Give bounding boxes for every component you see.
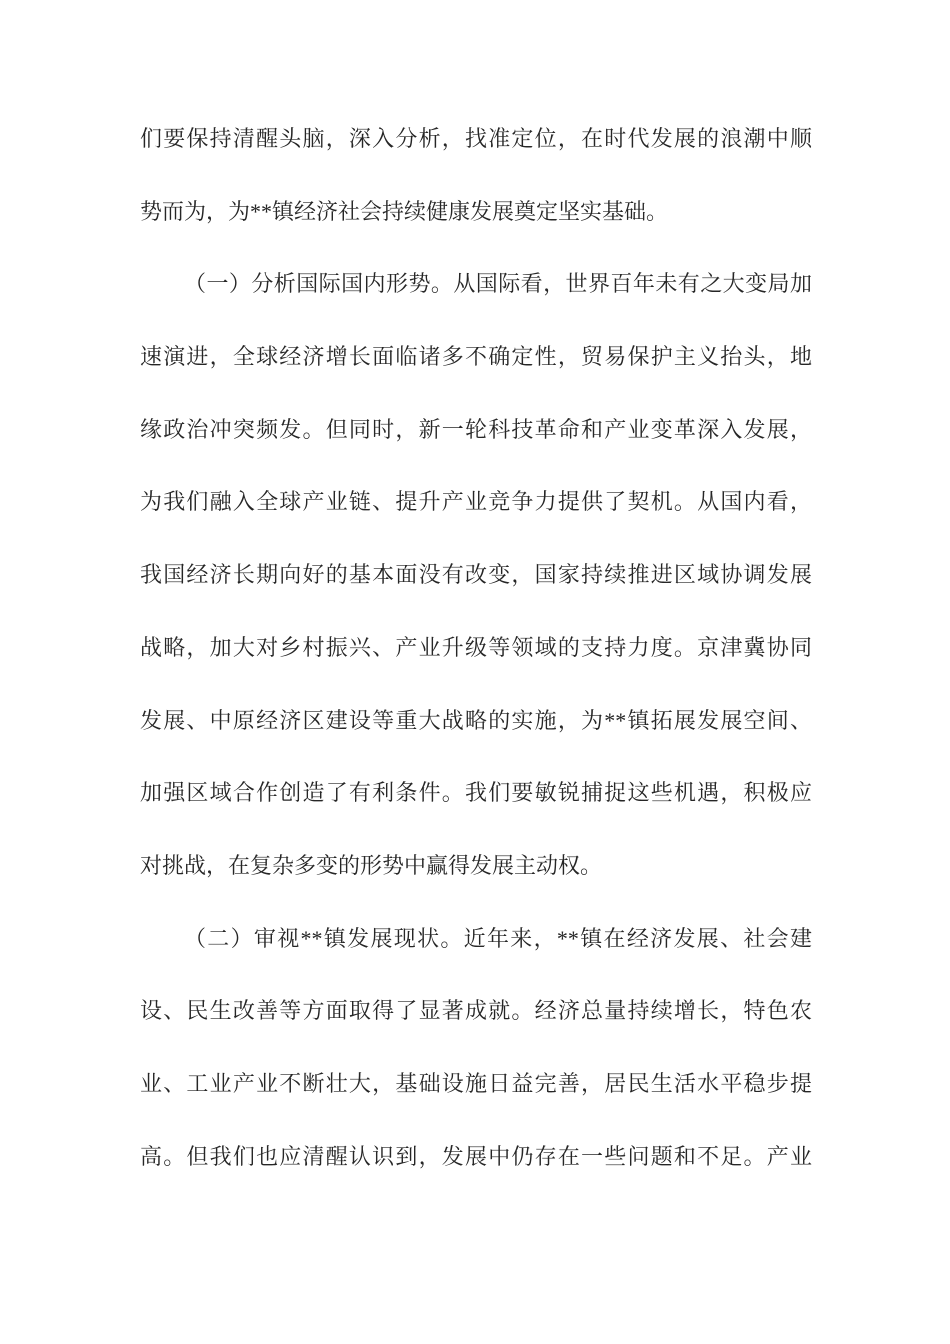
text-line: 高。但我们也应清醒认识到，发展中仍存在一些问题和不足。产业	[140, 1121, 812, 1194]
text-line: 们要保持清醒头脑，深入分析，找准定位，在时代发展的浪潮中顺	[140, 103, 812, 176]
text-line: （二）审视**镇发展现状。近年来，**镇在经济发展、社会建	[140, 903, 812, 976]
text-line: 我国经济长期向好的基本面没有改变，国家持续推进区域协调发展	[140, 539, 812, 612]
text-line: 战略，加大对乡村振兴、产业升级等领域的支持力度。京津冀协同	[140, 612, 812, 685]
text-line: 加强区域合作创造了有利条件。我们要敏锐捕捉这些机遇，积极应	[140, 757, 812, 830]
text-line: 为我们融入全球产业链、提升产业竞争力提供了契机。从国内看，	[140, 466, 812, 539]
text-line: （一）分析国际国内形势。从国际看，世界百年未有之大变局加	[140, 248, 812, 321]
document-page: 们要保持清醒头脑，深入分析，找准定位，在时代发展的浪潮中顺势而为，为**镇经济社…	[0, 0, 950, 1344]
text-body: 们要保持清醒头脑，深入分析，找准定位，在时代发展的浪潮中顺势而为，为**镇经济社…	[140, 103, 812, 1193]
text-line: 缘政治冲突频发。但同时，新一轮科技革命和产业变革深入发展，	[140, 394, 812, 467]
text-line: 发展、中原经济区建设等重大战略的实施，为**镇拓展发展空间、	[140, 685, 812, 758]
text-line: 对挑战，在复杂多变的形势中赢得发展主动权。	[140, 830, 812, 903]
text-line: 设、民生改善等方面取得了显著成就。经济总量持续增长，特色农	[140, 975, 812, 1048]
text-line: 势而为，为**镇经济社会持续健康发展奠定坚实基础。	[140, 176, 812, 249]
text-line: 业、工业产业不断壮大，基础设施日益完善，居民生活水平稳步提	[140, 1048, 812, 1121]
text-line: 速演进，全球经济增长面临诸多不确定性，贸易保护主义抬头，地	[140, 321, 812, 394]
